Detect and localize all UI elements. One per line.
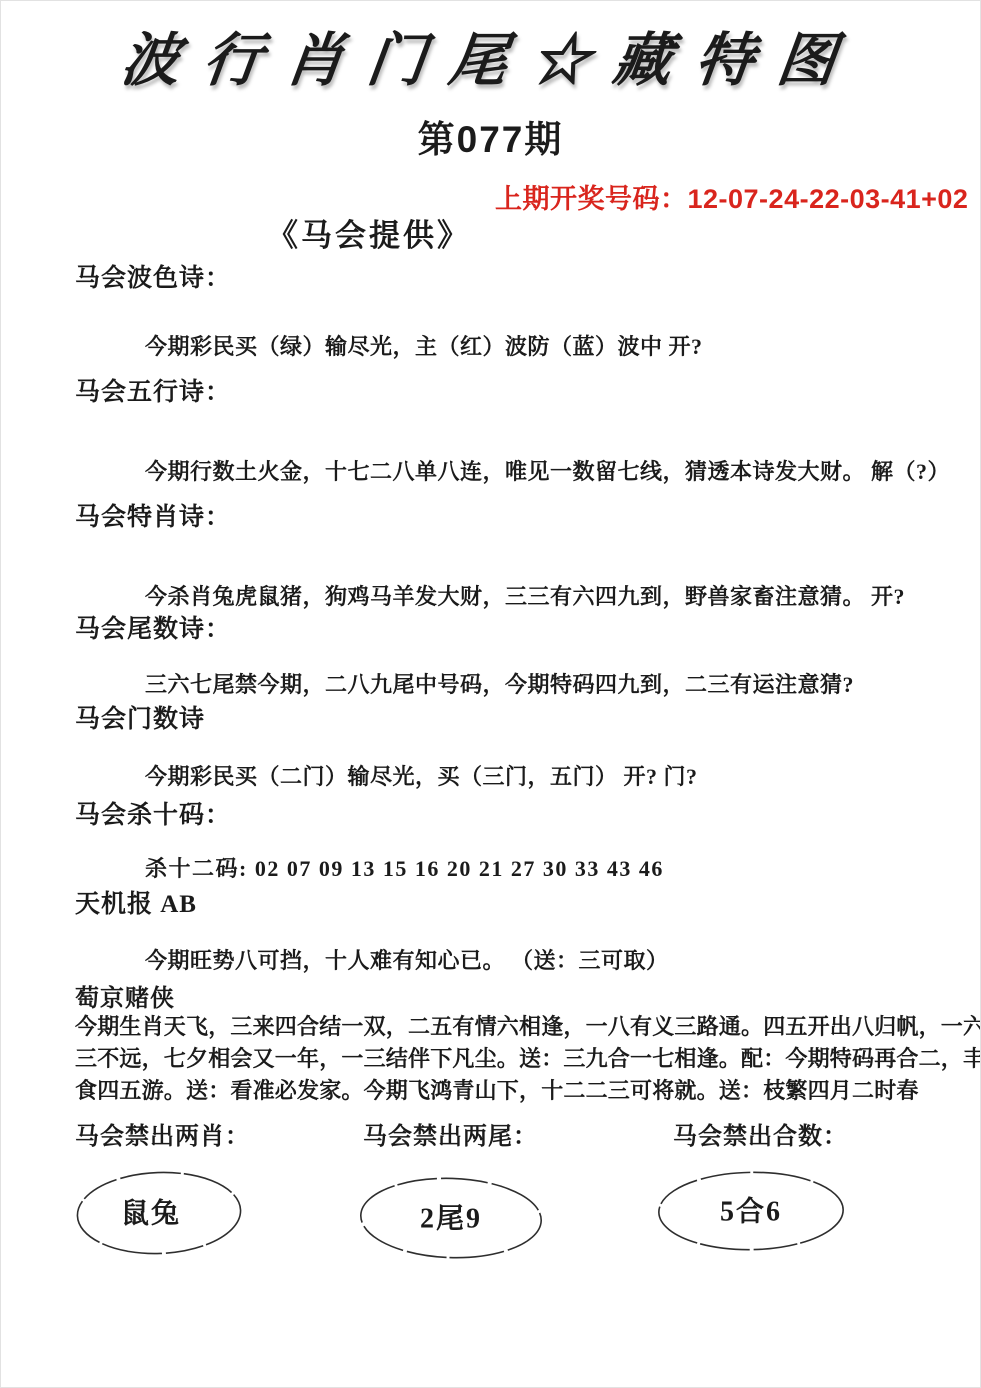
section-dujia-label: 萄京赌侠 xyxy=(75,984,175,1014)
forbidden-tail-oval: 2尾9 xyxy=(357,1175,545,1261)
forbidden-zodiac-value: 鼠兔 xyxy=(66,1191,236,1231)
section-tianji-label: 天机报 AB xyxy=(75,889,197,920)
section-tianji-poem: 今期旺势八可挡，十人难有知心已。 （送：三可取） xyxy=(145,947,669,975)
forbidden-tail-label: 马会禁出两尾： xyxy=(363,1122,538,1152)
section-texiao-label: 马会特肖诗： xyxy=(75,502,231,533)
forbidden-zodiac-oval: 鼠兔 xyxy=(74,1169,244,1257)
section-menshu-label: 马会门数诗 xyxy=(75,704,205,735)
section-weishu-poem: 三六七尾禁今期，二八九尾中号码，今期特码四九到，二三有运注意猜? xyxy=(145,671,854,699)
lottery-tip-sheet: 波行肖门尾☆藏特图 第077期 上期开奖号码：12-07-24-22-03-41… xyxy=(0,0,981,1388)
forbidden-zodiac-label: 马会禁出两肖： xyxy=(75,1122,250,1152)
section-bose-label: 马会波色诗： xyxy=(75,263,231,294)
forbidden-sum-oval: 5合6 xyxy=(655,1169,847,1253)
forbidden-tail-value: 2尾9 xyxy=(357,1196,545,1236)
dujia-line-3: 食四五游。送：看准必发家。今期飞鸿青山下，十二二三可将就。送：枝繁四月二时春 xyxy=(75,1077,919,1105)
forbidden-sum-value: 5合6 xyxy=(655,1189,847,1229)
provider-note: 《马会提供》 xyxy=(267,217,471,256)
last-draw-numbers: 12-07-24-22-03-41+02 xyxy=(688,184,969,214)
section-shashima-numbers: 杀十二码: 02 07 09 13 15 16 20 21 27 30 33 4… xyxy=(145,855,664,883)
section-weishu-label: 马会尾数诗： xyxy=(75,614,231,645)
dujia-line-2: 三不远，七夕相会又一年，一三结伴下凡尘。送：三九合一七相逢。配：今期特码再合二，… xyxy=(75,1045,981,1073)
section-wuxing-label: 马会五行诗： xyxy=(75,377,231,408)
page-title: 波行肖门尾☆藏特图 xyxy=(0,25,981,98)
dujia-line-1: 今期生肖天飞，三来四合结一双，二五有情六相逢，一八有义三路通。四五开出八归帆，一… xyxy=(75,1013,981,1041)
last-draw-line: 上期开奖号码：12-07-24-22-03-41+02 xyxy=(495,183,968,217)
section-menshu-poem: 今期彩民买（二门）输尽光，买（三门，五门） 开? 门? xyxy=(145,763,698,791)
section-texiao-poem: 今杀肖兔虎鼠猪，狗鸡马羊发大财，三三有六四九到，野兽家畜注意猜。 开? xyxy=(145,583,905,611)
section-wuxing-poem: 今期行数土火金，十七二八单八连，唯见一数留七线，猜透本诗发大财。 解（?） xyxy=(145,458,950,486)
issue-number: 第077期 xyxy=(1,117,980,163)
forbidden-sum-label: 马会禁出合数： xyxy=(673,1122,848,1152)
last-draw-label: 上期开奖号码： xyxy=(495,184,688,214)
section-bose-poem: 今期彩民买（绿）输尽光，主（红）波防（蓝）波中 开? xyxy=(145,333,703,361)
section-shashima-label: 马会杀十码： xyxy=(75,800,231,831)
